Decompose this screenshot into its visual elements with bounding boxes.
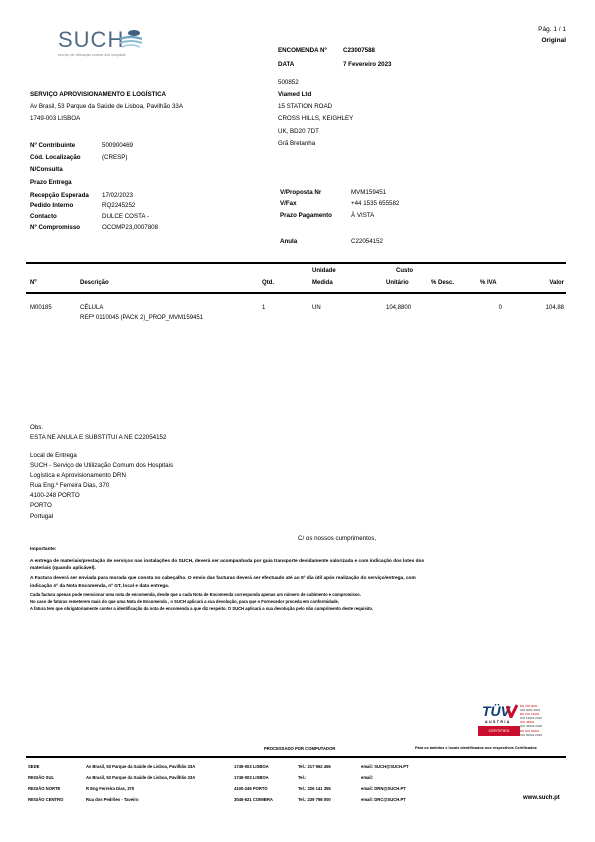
supplier-code: 500852 <box>278 79 299 86</box>
cell-unit: UN <box>312 305 321 311</box>
office-name: REGIÃO NORTE <box>28 786 60 791</box>
supplier-city: CROSS HILLS, KEIGHLEY <box>278 115 353 122</box>
office-tel: Tel.: 217 962 455 <box>298 764 331 769</box>
greeting: C/ os nossos cumprimentos, <box>298 535 376 542</box>
certification-note: Para os âmbitos e locais identificados n… <box>415 746 537 750</box>
order-number-label: ENCOMENDA Nº <box>278 47 327 54</box>
tuv-certified-badge: CERTIFIED <box>478 726 520 736</box>
important-line: A fatura tem que obrigatoriamente conter… <box>30 606 373 611</box>
order-date: 7 Fevereiro 2023 <box>343 61 392 68</box>
important-line: A Factura deverá ser enviada para morada… <box>30 576 416 581</box>
detail-value: 500900469 <box>102 142 133 149</box>
office-address: R Eng Ferreira Dias, 370 <box>86 786 134 791</box>
office-postal: 1749-003 LISBOA <box>234 764 269 769</box>
order-number: C23007588 <box>343 47 375 54</box>
table-top-rule <box>26 262 566 264</box>
office-name: REGIÃO CENTRO <box>28 797 63 802</box>
detail-label: Prazo Pagamento <box>280 212 332 219</box>
detail-label: Anula <box>280 238 297 245</box>
detail-label: Prazo Entrega <box>30 179 72 186</box>
col-header-vat: % IVA <box>480 280 497 286</box>
office-email: email: SUCH@SUCH.PT <box>361 764 409 769</box>
delivery-label: Local de Entrega <box>30 452 77 459</box>
important-line: A entrega de materiais/prestação de serv… <box>30 559 424 564</box>
col-header-ref: Nº <box>30 280 37 286</box>
detail-label: Recepção Esperada <box>30 192 89 199</box>
logo-wordmark: SUCH <box>58 27 124 52</box>
office-postal: 1749-003 LISBOA <box>234 775 269 780</box>
website-link[interactable]: www.such.pt <box>523 795 560 801</box>
cell-desc: CÉLULA <box>80 305 103 311</box>
checkmark-icon <box>506 704 518 718</box>
tuv-certification-logo: TÜV AUSTRIA CERTIFIED <box>478 703 520 741</box>
important-line: Cada factura apenas pode mencionar uma n… <box>30 592 361 597</box>
detail-value: RQ2245252 <box>102 202 135 209</box>
logo-tagline: serviço de utilização comum dos hospitai… <box>58 53 126 57</box>
cell-vat: 0 <box>499 305 502 311</box>
detail-value: 17/02/2023 <box>102 192 133 199</box>
office-address: Rua dos Pedrões - Taveiro <box>86 797 139 802</box>
office-tel: Tel.: 226 141 355 <box>298 786 331 791</box>
cert-code: ISO 50001:2018 <box>520 733 548 737</box>
detail-value: DULCE COSTA - <box>102 213 149 220</box>
detail-label: Nº Contribuinte <box>30 142 75 149</box>
office-address: Av Brasil, 53 Parque da Saúde de Lisboa,… <box>86 775 195 780</box>
delivery-line: PORTO <box>30 502 52 509</box>
detail-value: C22054152 <box>351 238 383 245</box>
detail-value: +44 1535 655582 <box>351 200 399 207</box>
delivery-line: Rua Eng.º Ferreira Dias, 370 <box>30 482 109 489</box>
col-header-unit-1: Unidade <box>312 268 336 274</box>
cell-desc-2: REFª 0110045 (PACK 2)_PROP_MVM159451 <box>80 315 203 321</box>
important-label: Importante: <box>30 547 56 552</box>
detail-label: Cód. Localização <box>30 154 81 161</box>
detail-value: À VISTA <box>351 212 374 219</box>
issuer-name: SERVIÇO APROVISIONAMENTO E LOGÍSTICA <box>30 91 166 98</box>
col-header-unit-2: Medida <box>312 280 333 286</box>
office-name: REGIÃO SUL <box>28 775 54 780</box>
cell-ref: M00185 <box>30 305 52 311</box>
footer-rule <box>26 756 566 758</box>
office-email: email: DRC@SUCH.PT <box>361 797 406 802</box>
wave-icon <box>118 29 144 49</box>
col-header-cost-2: Unitário <box>386 280 409 286</box>
supplier-country: Grã Bretanha <box>278 140 315 147</box>
delivery-line: 4100-248 PORTO <box>30 492 80 499</box>
office-postal: 3045-521 COIMBRA <box>234 797 273 802</box>
col-header-desc: Descrição <box>80 280 109 286</box>
detail-value: (CRESP) <box>102 154 127 161</box>
obs-text: ESTA NE ANULA E SUBSTITUI A NE C22054152 <box>30 434 166 441</box>
col-header-cost-1: Custo <box>396 268 413 274</box>
col-header-value: Valor <box>549 280 564 286</box>
issuer-address: Av Brasil, 53 Parque da Saúde de Lisboa,… <box>30 103 183 110</box>
processed-note: PROCESSADO POR COMPUTADOR <box>264 746 335 751</box>
detail-label: Nº Compromisso <box>30 224 80 231</box>
col-header-disc: % Desc. <box>431 280 454 286</box>
important-line: indicação nº da Nota Encomenda, nº GT, l… <box>30 584 169 589</box>
supplier-street: 15 STATION ROAD <box>278 103 332 110</box>
office-postal: 4100-246 PORTO <box>234 786 268 791</box>
important-line: materiais (quando aplicável). <box>30 566 96 571</box>
delivery-line: SUCH - Serviço de Utilização Comum dos H… <box>30 462 173 469</box>
certification-codes: EN ISO 9001 ISO 9001:2015 EN ISO 14001 I… <box>520 704 548 737</box>
page-number: Pág. 1 / 1 <box>538 26 566 33</box>
order-date-label: DATA <box>278 61 294 68</box>
supplier-postal: UK, BD20 7DT <box>278 128 319 135</box>
detail-label: V/Fax <box>280 200 297 207</box>
detail-value: MVM159451 <box>351 189 386 196</box>
important-line: No caso de faturas remeterem mais do que… <box>30 599 339 604</box>
delivery-line: Logística e Aprovisionamento DRN <box>30 472 126 479</box>
office-address: Av Brasil, 53 Parque da Saúde de Lisboa,… <box>86 764 195 769</box>
cell-value: 104,88 <box>546 305 564 311</box>
such-logo: SUCH <box>58 27 124 53</box>
office-name: SEDE <box>28 764 39 769</box>
obs-label: Obs. <box>30 424 43 431</box>
detail-value: OCOMP23,0007808 <box>102 224 158 231</box>
col-header-qty: Qtd. <box>262 280 274 286</box>
issuer-postal: 1749-003 LISBOA <box>30 115 80 122</box>
detail-label: Pedido Interno <box>30 202 73 209</box>
cell-cost: 104,8800 <box>386 305 411 311</box>
tuv-sub: AUSTRIA <box>485 720 511 724</box>
detail-label: Contacto <box>30 213 57 220</box>
copy-label: Original <box>541 37 566 44</box>
detail-label: V/Proposta Nr <box>280 189 321 196</box>
office-email: email: <box>361 775 373 780</box>
detail-label: N/Consulta <box>30 166 63 173</box>
office-tel: Tel.: 239 798 000 <box>298 797 331 802</box>
cell-qty: 1 <box>262 305 265 311</box>
office-email: email: DRN@SUCH.PT <box>361 786 406 791</box>
supplier-name: Viamed Ltd <box>278 91 311 98</box>
office-tel: Tel.: <box>298 775 306 780</box>
delivery-line: Portugal <box>30 513 53 520</box>
table-header-rule <box>26 292 566 294</box>
